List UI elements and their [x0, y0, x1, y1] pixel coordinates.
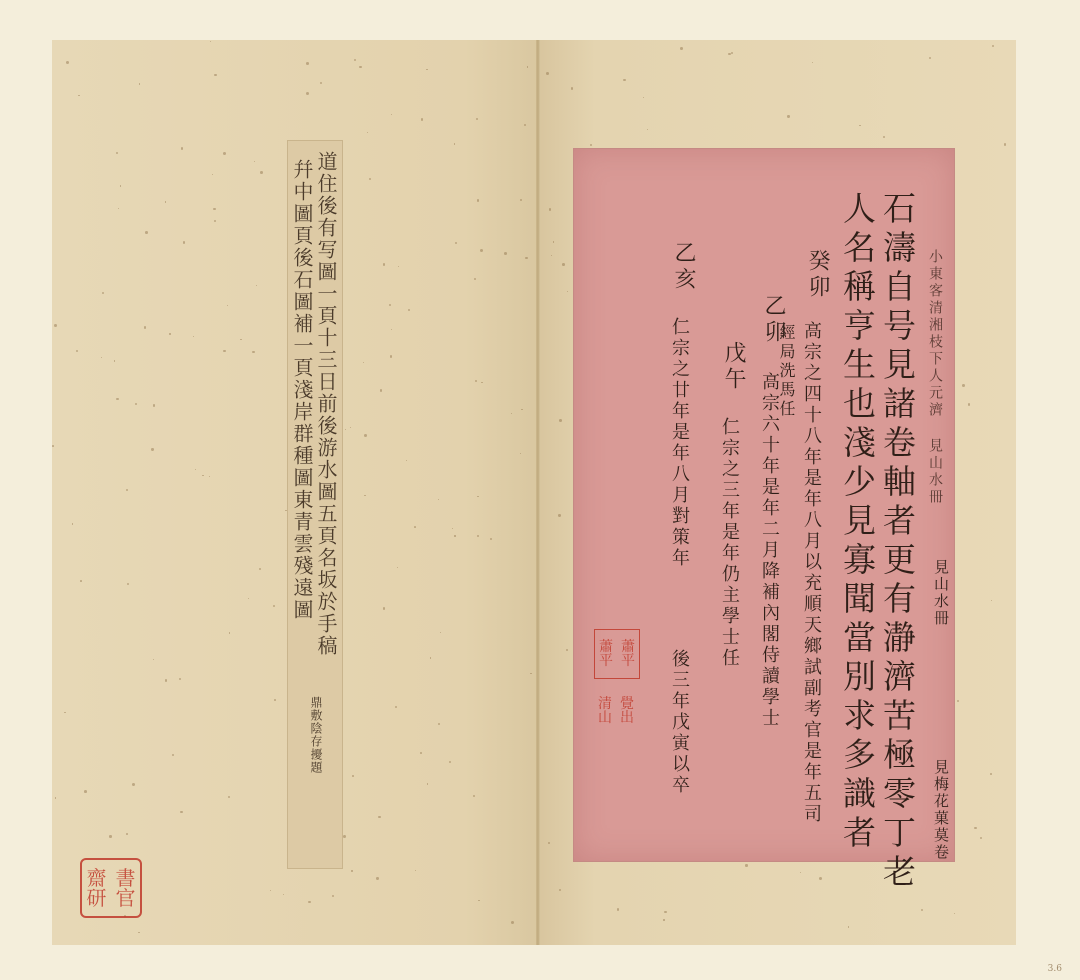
fleck — [663, 919, 664, 920]
seal-square-1: 蕭 蕭 平 平 — [594, 629, 640, 679]
pink-text-panel: 小東客清湘枝下人元濟 見山水冊 石濤自号見諸卷軸者更有瀞濟苦極零丁老 人名稱亨生… — [573, 148, 955, 862]
main-column-2: 人名稱亨生也淺少見寡聞當別求多識者 — [841, 191, 874, 854]
inscription-strip: 道住後有写圖一頁十三日前後游水圖五頁名坂於手稿 幷中圖頁後石圖補一頁淺岸群種圖東… — [287, 140, 343, 869]
fleck — [165, 201, 166, 202]
fleck — [520, 453, 521, 454]
fleck — [391, 114, 392, 115]
fleck — [126, 833, 128, 835]
album-spread: 道住後有写圖一頁十三日前後游水圖五頁名坂於手稿 幷中圖頁後石圖補一頁淺岸群種圖東… — [52, 40, 1016, 945]
fleck — [473, 795, 475, 797]
fleck — [954, 913, 955, 914]
fleck — [214, 74, 217, 77]
fleck — [102, 292, 104, 294]
fleck — [504, 252, 507, 255]
strip-column-1: 道住後有写圖一頁十三日前後游水圖五頁名坂於手稿 — [316, 151, 336, 657]
fleck — [306, 92, 309, 95]
fleck — [525, 257, 528, 260]
fleck — [126, 489, 128, 491]
fleck — [420, 752, 422, 754]
entry-text-3: 仁宗之三年是年仍主學士任 — [720, 417, 738, 669]
fleck — [80, 580, 82, 582]
fleck — [421, 118, 423, 120]
fleck — [223, 152, 226, 155]
fleck — [256, 285, 257, 286]
fleck — [120, 185, 121, 186]
fleck — [549, 208, 551, 210]
fleck — [145, 231, 148, 234]
fleck — [260, 171, 263, 174]
fleck — [551, 255, 552, 256]
fleck — [54, 324, 57, 327]
entry-year-4: 乙亥 — [672, 241, 694, 293]
fleck — [378, 816, 380, 818]
fleck — [180, 811, 182, 813]
center-fold — [536, 40, 540, 945]
fleck — [680, 47, 683, 50]
fleck — [183, 241, 185, 243]
fleck — [562, 263, 565, 266]
fleck — [527, 66, 528, 67]
fleck — [390, 355, 393, 358]
fleck — [787, 115, 789, 117]
fleck — [228, 796, 230, 798]
entry-year-1: 癸卯 — [806, 249, 828, 301]
entry-after-4: 後三年戊寅以卒 — [670, 649, 688, 796]
fleck — [559, 419, 562, 422]
fleck — [151, 448, 153, 450]
annotation-1: 見山水冊 — [933, 559, 948, 627]
fleck — [962, 384, 965, 387]
fleck — [548, 842, 550, 844]
strip-column-3: 鼎敷陰存擾題 — [310, 696, 322, 774]
fleck — [974, 827, 976, 829]
fleck — [623, 79, 625, 81]
fleck — [52, 445, 54, 447]
fleck — [426, 69, 427, 70]
entry-text-2: 高宗六十年是年二月降補內閣侍讀學士 — [760, 372, 778, 729]
fleck — [132, 783, 135, 786]
fleck — [921, 909, 923, 911]
entry-text-4: 仁宗之廿年是年八月對策年 — [670, 317, 688, 569]
fleck — [84, 790, 87, 793]
fleck — [118, 208, 119, 209]
fleck — [116, 398, 119, 401]
fleck — [306, 62, 309, 65]
fleck — [64, 712, 65, 713]
fleck — [109, 835, 111, 837]
fleck — [558, 514, 560, 516]
fleck — [848, 926, 850, 928]
seal-square-2: 清 覺 山 出 — [594, 689, 638, 733]
fleck — [571, 87, 573, 89]
entry-year-3: 戊午 — [722, 341, 744, 393]
fleck — [240, 339, 242, 341]
fleck — [524, 124, 526, 126]
fleck — [414, 526, 416, 528]
annotation-2: 見梅花菓莫卷 — [933, 759, 948, 861]
fleck — [308, 901, 310, 903]
fleck — [55, 797, 56, 798]
fleck — [213, 208, 216, 211]
side-note: 小東客清湘枝下人元濟 見山水冊 — [928, 249, 942, 506]
fleck — [745, 864, 747, 866]
entry-year-2: 乙卯 — [762, 294, 784, 346]
fleck — [364, 495, 365, 496]
fleck — [66, 61, 69, 64]
fleck — [169, 333, 170, 334]
fleck — [351, 870, 352, 871]
fleck — [376, 877, 378, 879]
fleck — [172, 754, 174, 756]
fleck — [179, 678, 181, 680]
fleck — [559, 889, 561, 891]
collector-seal-left: 齋 書 研 官 — [80, 858, 142, 918]
strip-column-2: 幷中圖頁後石圖補一頁淺岸群種圖東青雲殘遠圖 — [292, 159, 312, 621]
entry-text-1: 高宗之四十八年是年八月以充順天鄉試副考官是年五司 — [802, 321, 820, 825]
fleck — [546, 72, 549, 75]
fleck — [352, 775, 354, 777]
fleck — [1004, 143, 1007, 146]
corner-mark: 3.6 — [1048, 964, 1062, 974]
fleck — [259, 568, 261, 570]
fleck — [380, 389, 383, 392]
fleck — [363, 362, 364, 363]
main-column-1: 石濤自号見諸卷軸者更有瀞濟苦極零丁老 — [881, 191, 914, 893]
fleck — [520, 199, 522, 201]
fleck — [273, 605, 275, 607]
fleck — [474, 278, 476, 280]
fleck — [617, 908, 619, 910]
fleck — [454, 535, 455, 536]
fleck — [990, 773, 992, 775]
fleck — [427, 783, 428, 784]
fleck — [398, 266, 399, 267]
